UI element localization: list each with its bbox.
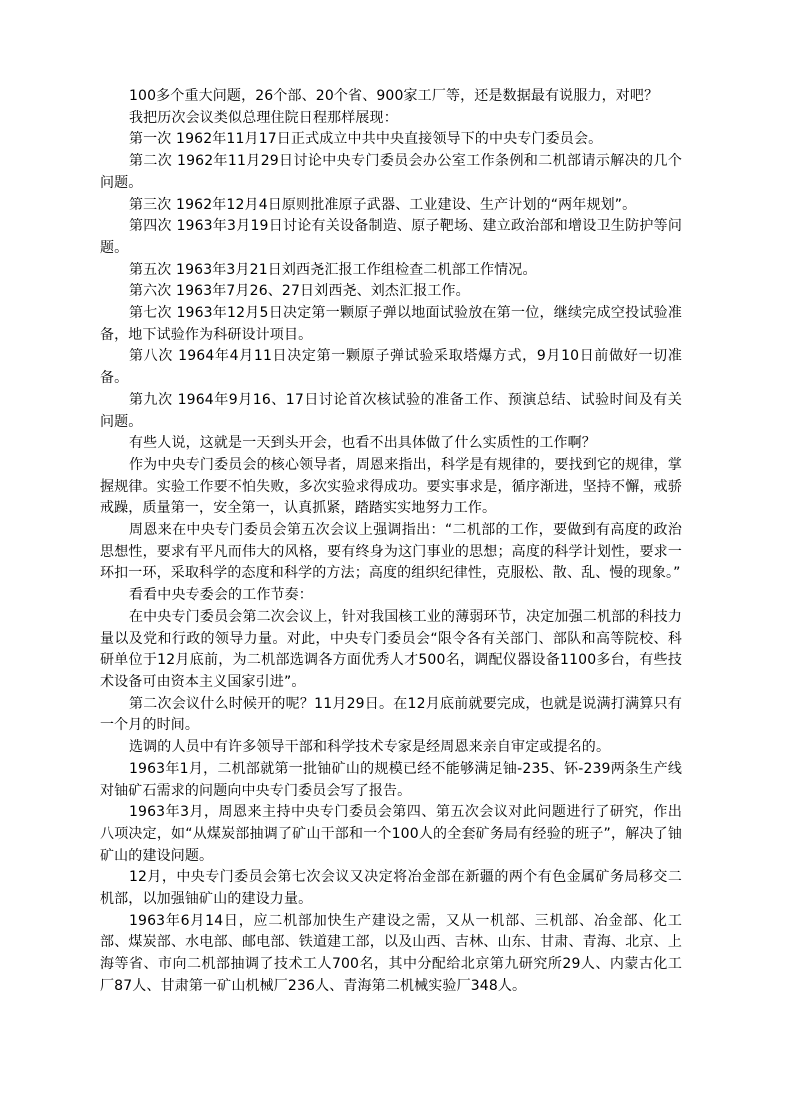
paragraph-zhou-principles: 作为中央专门委员会的核心领导者，周恩来指出，科学是有规律的，要找到它的规律，掌握… bbox=[100, 455, 682, 520]
paragraph-meetings-intro: 我把历次会议类似总理住院日程那样展现： bbox=[100, 108, 682, 130]
paragraph-meeting-2: 第二次 1962年11月29日讨论中央专门委员会办公室工作条例和二机部请示解决的… bbox=[100, 151, 682, 194]
paragraph-intro-data: 100多个重大问题，26个部、20个省、900家工厂等，还是数据最有说服力，对吧… bbox=[100, 86, 682, 108]
paragraph-meeting-1: 第一次 1962年11月17日正式成立中共中央直接领导下的中央专门委员会。 bbox=[100, 129, 682, 151]
paragraph-meeting-8: 第八次 1964年4月11日决定第一颗原子弹试验采取塔爆方式，9月10日前做好一… bbox=[100, 346, 682, 389]
paragraph-dec: 12月，中央专门委员会第七次会议又决定将冶金部在新疆的两个有色金属矿务局移交二机… bbox=[100, 867, 682, 910]
paragraph-meeting-4: 第四次 1963年3月19日讨论有关设备制造、原子靶场、建立政治部和增设卫生防护… bbox=[100, 216, 682, 259]
paragraph-question: 有些人说，这就是一天到头开会，也看不出具体做了什么实质性的工作啊？ bbox=[100, 433, 682, 455]
paragraph-1963-jun: 1963年6月14日，应二机部加快生产建设之需，又从一机部、三机部、冶金部、化工… bbox=[100, 911, 682, 998]
paragraph-1963-jan: 1963年1月，二机部就第一批铀矿山的规模已经不能够满足铀-235、钚-239两… bbox=[100, 759, 682, 802]
paragraph-timeline: 第二次会议什么时候开的呢？11月29日。在12月底前就要完成，也就是说满打满算只… bbox=[100, 694, 682, 737]
paragraph-meeting-5: 第五次 1963年3月21日刘西尧汇报工作组检查二机部工作情况。 bbox=[100, 260, 682, 282]
paragraph-personnel: 选调的人员中有许多领导干部和科学技术专家是经周恩来亲自审定或提名的。 bbox=[100, 737, 682, 759]
paragraph-1963-mar: 1963年3月，周恩来主持中央专门委员会第四、第五次会议对此问题进行了研究，作出… bbox=[100, 802, 682, 867]
paragraph-work-rhythm: 看看中央专委会的工作节奏： bbox=[100, 585, 682, 607]
paragraph-zhou-quote: 周恩来在中央专门委员会第五次会议上强调指出：“二机部的工作，要做到有高度的政治思… bbox=[100, 520, 682, 585]
paragraph-meeting-7: 第七次 1963年12月5日决定第一颗原子弹以地面试验放在第一位，继续完成空投试… bbox=[100, 303, 682, 346]
paragraph-meeting-6: 第六次 1963年7月26、27日刘西尧、刘杰汇报工作。 bbox=[100, 281, 682, 303]
document-page: 100多个重大问题，26个部、20个省、900家工厂等，还是数据最有说服力，对吧… bbox=[100, 86, 682, 998]
paragraph-meeting-3: 第三次 1962年12月4日原则批准原子武器、工业建设、生产计划的“两年规划”。 bbox=[100, 195, 682, 217]
paragraph-second-meeting-decision: 在中央专门委员会第二次会议上，针对我国核工业的薄弱环节，决定加强二机部的科技力量… bbox=[100, 607, 682, 694]
paragraph-meeting-9: 第九次 1964年9月16、17日讨论首次核试验的准备工作、预演总结、试验时间及… bbox=[100, 390, 682, 433]
